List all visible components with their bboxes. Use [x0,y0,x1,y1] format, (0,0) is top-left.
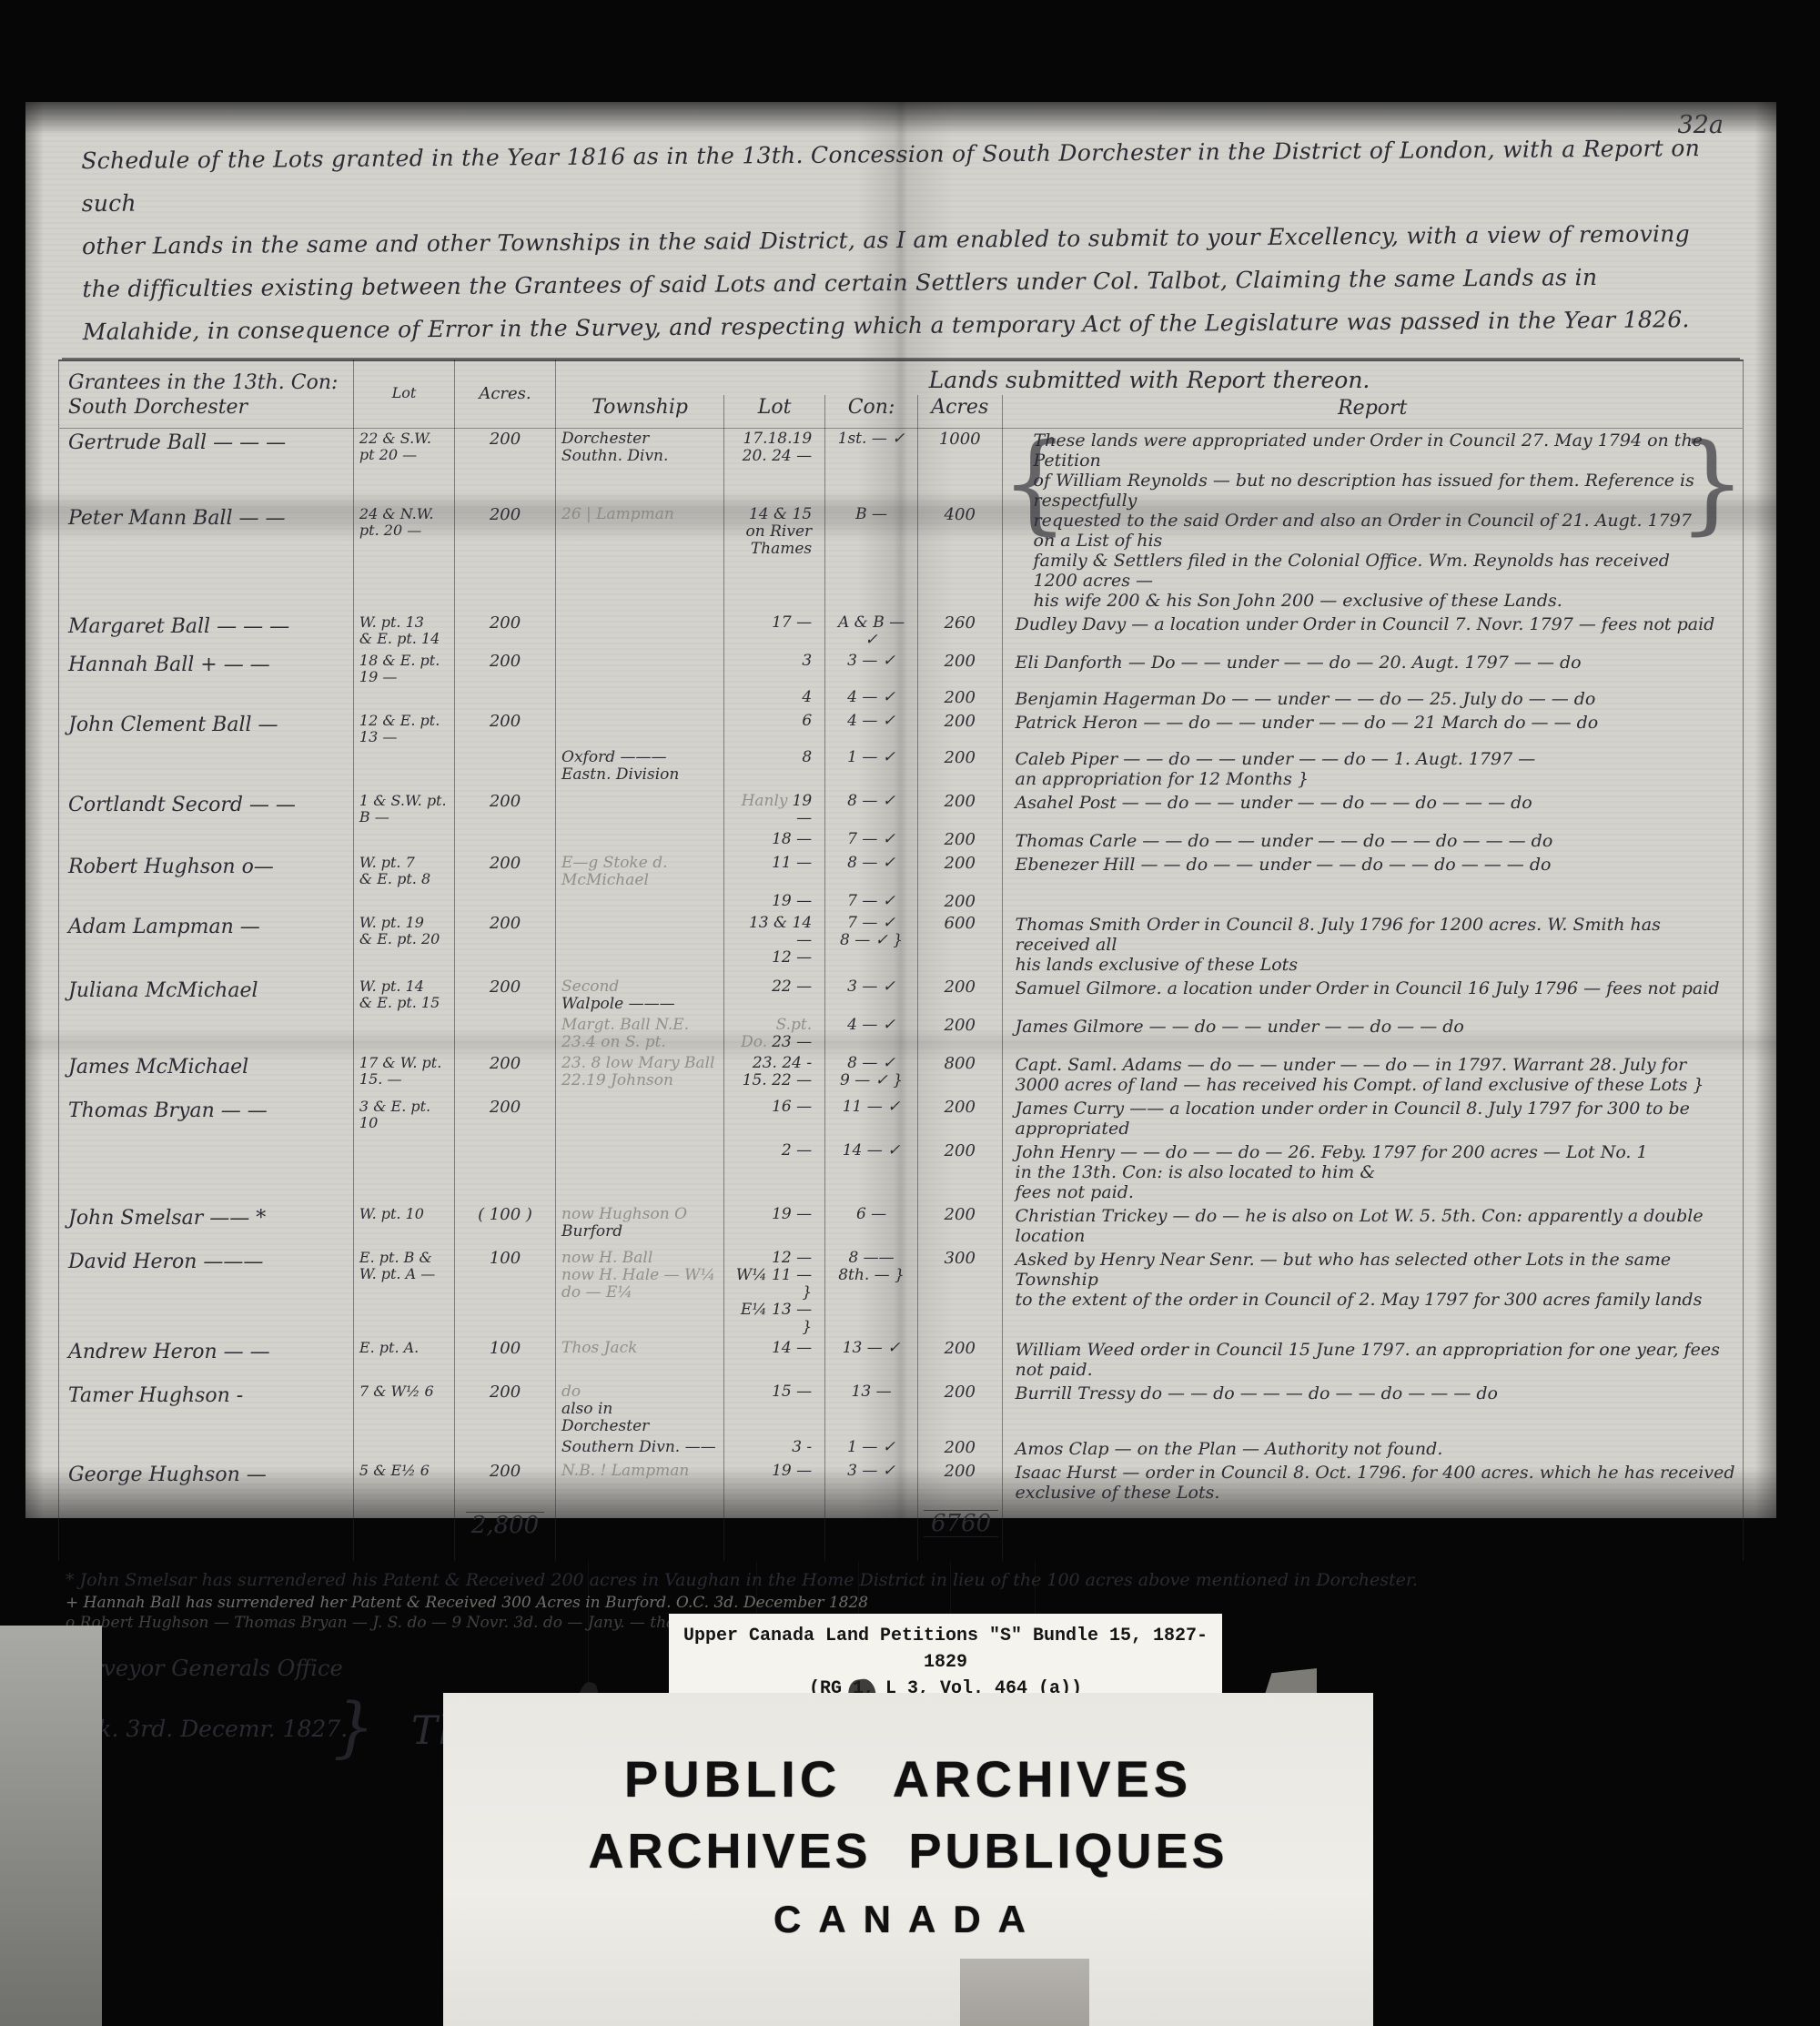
grantee-name-cell: Margaret Ball — — — [59,613,354,651]
report-lot-cell: 8 [724,747,825,791]
report-acres-cell: 200 [917,1015,1002,1053]
report-acres-cell: 260 [917,613,1002,651]
report-concession-cell: 1 — ✓ [825,1437,918,1461]
table-row: Margaret Ball — — —W. pt. 13 & E. pt. 14… [59,613,1744,651]
township-cell: Southern Divn. —— [556,1437,724,1461]
grantee-name-cell: Tamer Hughson - [59,1382,354,1437]
report-text-cell: Caleb Piper — — do — — under — — do — 1.… [1002,747,1744,791]
table-row: John Clement Ball —12 & E. pt. 13 —20064… [59,711,1744,747]
report-lot-cell: S.pt. Do.23 — [724,1015,825,1053]
grantee-name-cell [59,829,354,853]
township-cell: Margt. Ball N.E. 23.4 on S. pt. [556,1015,724,1053]
grantee-name-cell: Thomas Bryan — — [59,1097,354,1140]
grantee-acres-cell [454,687,555,711]
report-lot-cell: 15 — [724,1382,825,1437]
report-concession-cell: 11 — ✓ [825,1097,918,1140]
grantee-acres-cell [454,891,555,913]
report-text-cell: Patrick Heron — — do — — under — — do — … [1002,711,1744,747]
report-lot-cell: 4 [724,687,825,711]
table-row: Southern Divn. ——3 -1 — ✓200Amos Clap — … [59,1437,1744,1461]
report-lot-cell: 17 — [724,613,825,651]
grantee-name-cell: John Smelsar —— * [59,1204,354,1248]
grantee-acres-cell [454,747,555,791]
stamp-line-canada: CANADA [443,1898,1373,1941]
report-acres-cell: 200 [917,651,1002,687]
report-text-cell: Thomas Smith Order in Council 8. July 17… [1002,913,1744,977]
report-acres-cell: 300 [917,1248,1002,1338]
grantee-lot-cell: 17 & W. pt. 15. — [353,1053,454,1097]
report-text-cell: Benjamin Hagerman Do — — under — — do — … [1002,687,1744,711]
grantee-name-cell: Hannah Ball + — — [59,651,354,687]
grantee-lot-cell: 18 & E. pt. 19 — [353,651,454,687]
grantee-acres-cell: ( 100 ) [454,1204,555,1248]
report-concession-cell: 6 — [825,1204,918,1248]
table-row: Cortlandt Secord — —1 & S.W. pt. B —200H… [59,791,1744,829]
township-cell: 23. 8 low Mary Ball 22.19 Johnson [556,1053,724,1097]
report-acres-cell: 200 [917,829,1002,853]
header-row-1: Grantees in the 13th. Con: South Dorches… [59,360,1744,395]
brace-left: { [1001,423,1069,542]
document-page: 32a Schedule of the Lots granted in the … [25,102,1776,1518]
report-lot-cell: Hanly19 — [724,791,825,829]
heading-line: Schedule of the Lots granted in the Year… [81,127,1729,225]
grantee-lot-cell: E. pt. A. [353,1338,454,1382]
grantee-lot-cell: 7 & W½ 6 [353,1382,454,1437]
grantee-name-cell: Gertrude Ball — — — [59,429,354,504]
grantee-name-cell [59,891,354,913]
grantee-acres-cell: 200 [454,977,555,1015]
grantee-lot-cell [353,1140,454,1204]
report-concession-cell: 14 — ✓ [825,1140,918,1204]
report-lot-column-header: Lot [724,395,825,429]
report-concession-cell: 3 — ✓ [825,651,918,687]
township-column-header: Township [556,395,724,429]
lot-column-header: Lot [353,360,454,429]
report-concession-cell: 1 — ✓ [825,747,918,791]
grantee-lot-cell: W. pt. 10 [353,1204,454,1248]
report-lot-cell: 14 — [724,1338,825,1382]
report-text-cell: Asked by Henry Near Senr. — but who has … [1002,1248,1744,1338]
table-row: Adam Lampman —W. pt. 19 & E. pt. 2020013… [59,913,1744,977]
table-row: James McMichael17 & W. pt. 15. —20023. 8… [59,1053,1744,1097]
grantee-name-cell [59,1140,354,1204]
lands-submitted-header: Lands submitted with Report thereon. [556,360,1744,395]
report-concession-cell: 8 —— 8th. — } [825,1248,918,1338]
report-acres-cell: 200 [917,711,1002,747]
report-lot-cell: 18 — [724,829,825,853]
stamp-line-english: PUBLIC ARCHIVES [443,1749,1373,1808]
table-row: Gertrude Ball — — —22 & S.W. pt 20 —200D… [59,429,1744,504]
township-cell [556,891,724,913]
grantee-acres-cell: 200 [454,613,555,651]
township-cell [556,1140,724,1204]
report-acres-cell: 200 [917,791,1002,829]
grantee-lot-cell: 24 & N.W. pt. 20 — [353,504,454,613]
table-row: 18 —7 — ✓200Thomas Carle — — do — — unde… [59,829,1744,853]
microfilm-scan: 32a Schedule of the Lots granted in the … [0,0,1820,2026]
report-text-cell: Christian Trickey — do — he is also on L… [1002,1204,1744,1248]
report-text-cell: James Gilmore — — do — — under — — do — … [1002,1015,1744,1053]
township-cell: 26 | Lampman [556,504,724,613]
grantee-name-cell: George Hughson — [59,1461,354,1504]
report-concession-cell: 1st. — ✓ [825,429,918,504]
grantee-lot-cell: W. pt. 14 & E. pt. 15 [353,977,454,1015]
grantee-lot-cell [353,687,454,711]
table-row: Andrew Heron — —E. pt. A.100Thos Jack14 … [59,1338,1744,1382]
report-text-cell: Amos Clap — on the Plan — Authority not … [1002,1437,1744,1461]
place-and-date: York. 3rd. Decemr. 1827. [60,1716,348,1742]
table-row: Margt. Ball N.E. 23.4 on S. pt.S.pt. Do.… [59,1015,1744,1053]
report-acres-cell: 1000 [917,429,1002,504]
report-lot-cell: 3 [724,651,825,687]
grantee-acres-cell: 200 [454,711,555,747]
report-text-cell: Capt. Saml. Adams — do — — under — — do … [1002,1053,1744,1097]
totals-row: 2,800 6760 [59,1504,1744,1561]
report-concession-cell: 13 — ✓ [825,1338,918,1382]
grantee-name-cell: Andrew Heron — — [59,1338,354,1382]
acres-column-header: Acres. [454,360,555,429]
report-concession-cell: 7 — ✓ [825,829,918,853]
grantee-lot-cell: 12 & E. pt. 13 — [353,711,454,747]
grantee-lot-cell [353,891,454,913]
table-row: 2 —14 — ✓200John Henry — — do — — do — 2… [59,1140,1744,1204]
report-acres-cell: 800 [917,1053,1002,1097]
report-text-cell: These lands were appropriated under Orde… [1002,429,1744,613]
brace-mark: } [333,1688,375,1765]
footnote-hannah-ball-pencil: + Hannah Ball has surrendered her Patent… [66,1594,1744,1612]
report-acres-cell: 200 [917,747,1002,791]
report-concession-cell: 4 — ✓ [825,1015,918,1053]
township-cell: now Hughson OBurford [556,1204,724,1248]
report-lot-cell: 14 & 15 on River Thames [724,504,825,613]
township-cell [556,687,724,711]
grantee-acres-cell [454,829,555,853]
grantee-acres-cell: 200 [454,429,555,504]
report-acres-cell: 200 [917,1461,1002,1504]
grantee-acres-cell [454,1140,555,1204]
grantee-lot-cell: 5 & E½ 6 [353,1461,454,1504]
report-text-cell: Eli Danforth — Do — — under — — do — 20.… [1002,651,1744,687]
report-concession-cell: 13 — [825,1382,918,1437]
report-acres-cell: 600 [917,913,1002,977]
grantee-lot-cell [353,1437,454,1461]
report-lot-cell: 23. 24 - 15. 22 — [724,1053,825,1097]
report-acres-cell: 200 [917,1140,1002,1204]
report-text-cell: Isaac Hurst — order in Council 8. Oct. 1… [1002,1461,1744,1504]
report-lot-cell: 6 [724,711,825,747]
report-concession-cell: 8 — ✓ 9 — ✓ } [825,1053,918,1097]
township-cell: SecondWalpole ——— [556,977,724,1015]
report-concession-cell: 7 — ✓ [825,891,918,913]
report-text-cell: Burrill Tressy do — — do — — — do — — do… [1002,1382,1744,1437]
report-concession-cell: 8 — ✓ [825,791,918,829]
report-acres-cell: 200 [917,1437,1002,1461]
report-lot-cell: 19 — [724,1204,825,1248]
report-text-cell: Samuel Gilmore. a location under Order i… [1002,977,1744,1015]
grantee-name-cell: James McMichael [59,1053,354,1097]
report-acres-cell: 200 [917,1382,1002,1437]
grantees-column-header: Grantees in the 13th. Con: South Dorches… [59,360,354,429]
report-acres-column-header: Acres [917,395,1002,429]
footnote-smelsar: * John Smelsar has surrendered his Paten… [66,1570,1744,1590]
grantee-name-cell [59,1437,354,1461]
report-concession-cell: 3 — ✓ [825,977,918,1015]
adjacent-page-edge [0,1626,102,2026]
report-column-header: Report [1002,395,1744,429]
report-text-cell: James Curry —— a location under order in… [1002,1097,1744,1140]
report-lot-cell: 13 & 14 — 12 — [724,913,825,977]
schedule-heading: Schedule of the Lots granted in the Year… [81,127,1730,353]
grantee-lot-cell: 22 & S.W. pt 20 — [353,429,454,504]
stamp-line-french: ARCHIVES PUBLIQUES [443,1823,1373,1879]
township-cell [556,711,724,747]
report-acres-cell: 200 [917,1338,1002,1382]
township-cell: E—g Stoke d. McMichael [556,853,724,891]
grantee-acres-cell: 200 [454,1097,555,1140]
report-acres-cell: 200 [917,687,1002,711]
grantee-lot-cell: 3 & E. pt. 10 [353,1097,454,1140]
report-lot-cell: 17.18.19 20. 24 — [724,429,825,504]
report-lot-cell: 19 — [724,1461,825,1504]
grantee-lot-cell: W. pt. 19 & E. pt. 20 [353,913,454,977]
report-lot-cell: 11 — [724,853,825,891]
report-lot-cell: 19 — [724,891,825,913]
public-archives-stamp: PUBLIC ARCHIVES ARCHIVES PUBLIQUES CANAD… [443,1693,1373,2026]
grantee-lot-cell: 1 & S.W. pt. B — [353,791,454,829]
grantee-acres-cell: 200 [454,651,555,687]
report-lot-cell: 3 - [724,1437,825,1461]
grantee-lot-cell [353,829,454,853]
report-concession-cell: B — [825,504,918,613]
paper-tab [960,1959,1089,2026]
table-row: Juliana McMichaelW. pt. 14 & E. pt. 1520… [59,977,1744,1015]
township-cell [556,1097,724,1140]
table-row: George Hughson —5 & E½ 6200N.B. ! Lampma… [59,1461,1744,1504]
table-row: 44 — ✓200Benjamin Hagerman Do — — under … [59,687,1744,711]
table-row: Tamer Hughson -7 & W½ 6200doalso in Dorc… [59,1382,1744,1437]
grantee-acres-cell [454,1015,555,1053]
grantee-acres-cell: 200 [454,913,555,977]
report-concession-cell: 4 — ✓ [825,687,918,711]
report-acres-cell: 200 [917,1097,1002,1140]
table-row: David Heron ———E. pt. B & W. pt. A —100n… [59,1248,1744,1338]
report-text-cell: Dudley Davy — a location under Order in … [1002,613,1744,651]
grantee-name-cell: Peter Mann Ball — — [59,504,354,613]
report-acres-total: 6760 [924,1510,998,1537]
township-cell [556,913,724,977]
report-acres-cell: 200 [917,977,1002,1015]
township-cell [556,613,724,651]
grantee-acres-cell: 200 [454,791,555,829]
report-text-cell [1002,891,1744,913]
grantee-acres-cell: 200 [454,1461,555,1504]
grantee-name-cell [59,747,354,791]
report-text-cell: William Weed order in Council 15 June 17… [1002,1338,1744,1382]
report-acres-cell: 200 [917,1204,1002,1248]
report-acres-cell: 400 [917,504,1002,613]
table-row: Thomas Bryan — —3 & E. pt. 1020016 —11 —… [59,1097,1744,1140]
township-cell: now H. Ball now H. Hale — W¼ do — E¼ [556,1248,724,1338]
concession-column-header: Con: [825,395,918,429]
report-acres-cell: 200 [917,891,1002,913]
grantee-acres-cell: 200 [454,504,555,613]
land-schedule-table: Grantees in the 13th. Con: South Dorches… [58,360,1744,1561]
grantee-acres-cell [454,1437,555,1461]
township-cell [556,651,724,687]
report-concession-cell: 4 — ✓ [825,711,918,747]
township-cell: Thos Jack [556,1338,724,1382]
grantee-acres-cell: 200 [454,1382,555,1437]
grantee-name-cell: John Clement Ball — [59,711,354,747]
report-text-cell: Thomas Carle — — do — — under — — do — —… [1002,829,1744,853]
report-lot-cell: 12 — W¼ 11 — } E¼ 13 — } [724,1248,825,1338]
township-cell: Oxford ——— Eastn. Division [556,747,724,791]
table-row: Robert Hughson o—W. pt. 7 & E. pt. 8200E… [59,853,1744,891]
grantee-name-cell: Robert Hughson o— [59,853,354,891]
grantee-name-cell [59,687,354,711]
grantee-lot-cell [353,747,454,791]
grantee-acres-cell: 200 [454,1053,555,1097]
table-row: Hannah Ball + — —18 & E. pt. 19 —20033 —… [59,651,1744,687]
report-text-cell: John Henry — — do — — do — 26. Feby. 179… [1002,1140,1744,1204]
grantee-name-cell: Cortlandt Secord — — [59,791,354,829]
brace-right: } [1678,423,1746,542]
table-row: Oxford ——— Eastn. Division81 — ✓200Caleb… [59,747,1744,791]
report-concession-cell: 8 — ✓ [825,853,918,891]
grantee-acres-total: 2,800 [466,1512,544,1535]
grantee-name-cell: David Heron ——— [59,1248,354,1338]
label-line-1: Upper Canada Land Petitions "S" Bundle 1… [672,1623,1218,1676]
table-row: John Smelsar —— *W. pt. 10( 100 )now Hug… [59,1204,1744,1248]
report-lot-cell: 22 — [724,977,825,1015]
table-row: 19 —7 — ✓200 [59,891,1744,913]
township-cell [556,791,724,829]
report-text-cell: Asahel Post — — do — — under — — do — — … [1002,791,1744,829]
grantee-lot-cell: E. pt. B & W. pt. A — [353,1248,454,1338]
township-cell: doalso in Dorchester [556,1382,724,1437]
grantee-acres-cell: 100 [454,1248,555,1338]
report-text-cell: Ebenezer Hill — — do — — under — — do — … [1002,853,1744,891]
report-acres-cell: 200 [917,853,1002,891]
report-lot-cell: 16 — [724,1097,825,1140]
report-concession-cell: A & B — ✓ [825,613,918,651]
township-cell: Dorchester Southn. Divn. [556,429,724,504]
grantee-lot-cell [353,1015,454,1053]
report-concession-cell: 3 — ✓ [825,1461,918,1504]
report-concession-cell: 7 — ✓ 8 — ✓ } [825,913,918,977]
grantee-acres-cell: 100 [454,1338,555,1382]
grantee-lot-cell: W. pt. 13 & E. pt. 14 [353,613,454,651]
grantee-name-cell [59,1015,354,1053]
grantee-lot-cell: W. pt. 7 & E. pt. 8 [353,853,454,891]
grantee-name-cell: Adam Lampman — [59,913,354,977]
grantee-name-cell: Juliana McMichael [59,977,354,1015]
township-cell [556,829,724,853]
township-cell: N.B. ! Lampman [556,1461,724,1504]
grantee-acres-cell: 200 [454,853,555,891]
office-name: Surveyor Generals Office [64,1656,343,1681]
report-lot-cell: 2 — [724,1140,825,1204]
